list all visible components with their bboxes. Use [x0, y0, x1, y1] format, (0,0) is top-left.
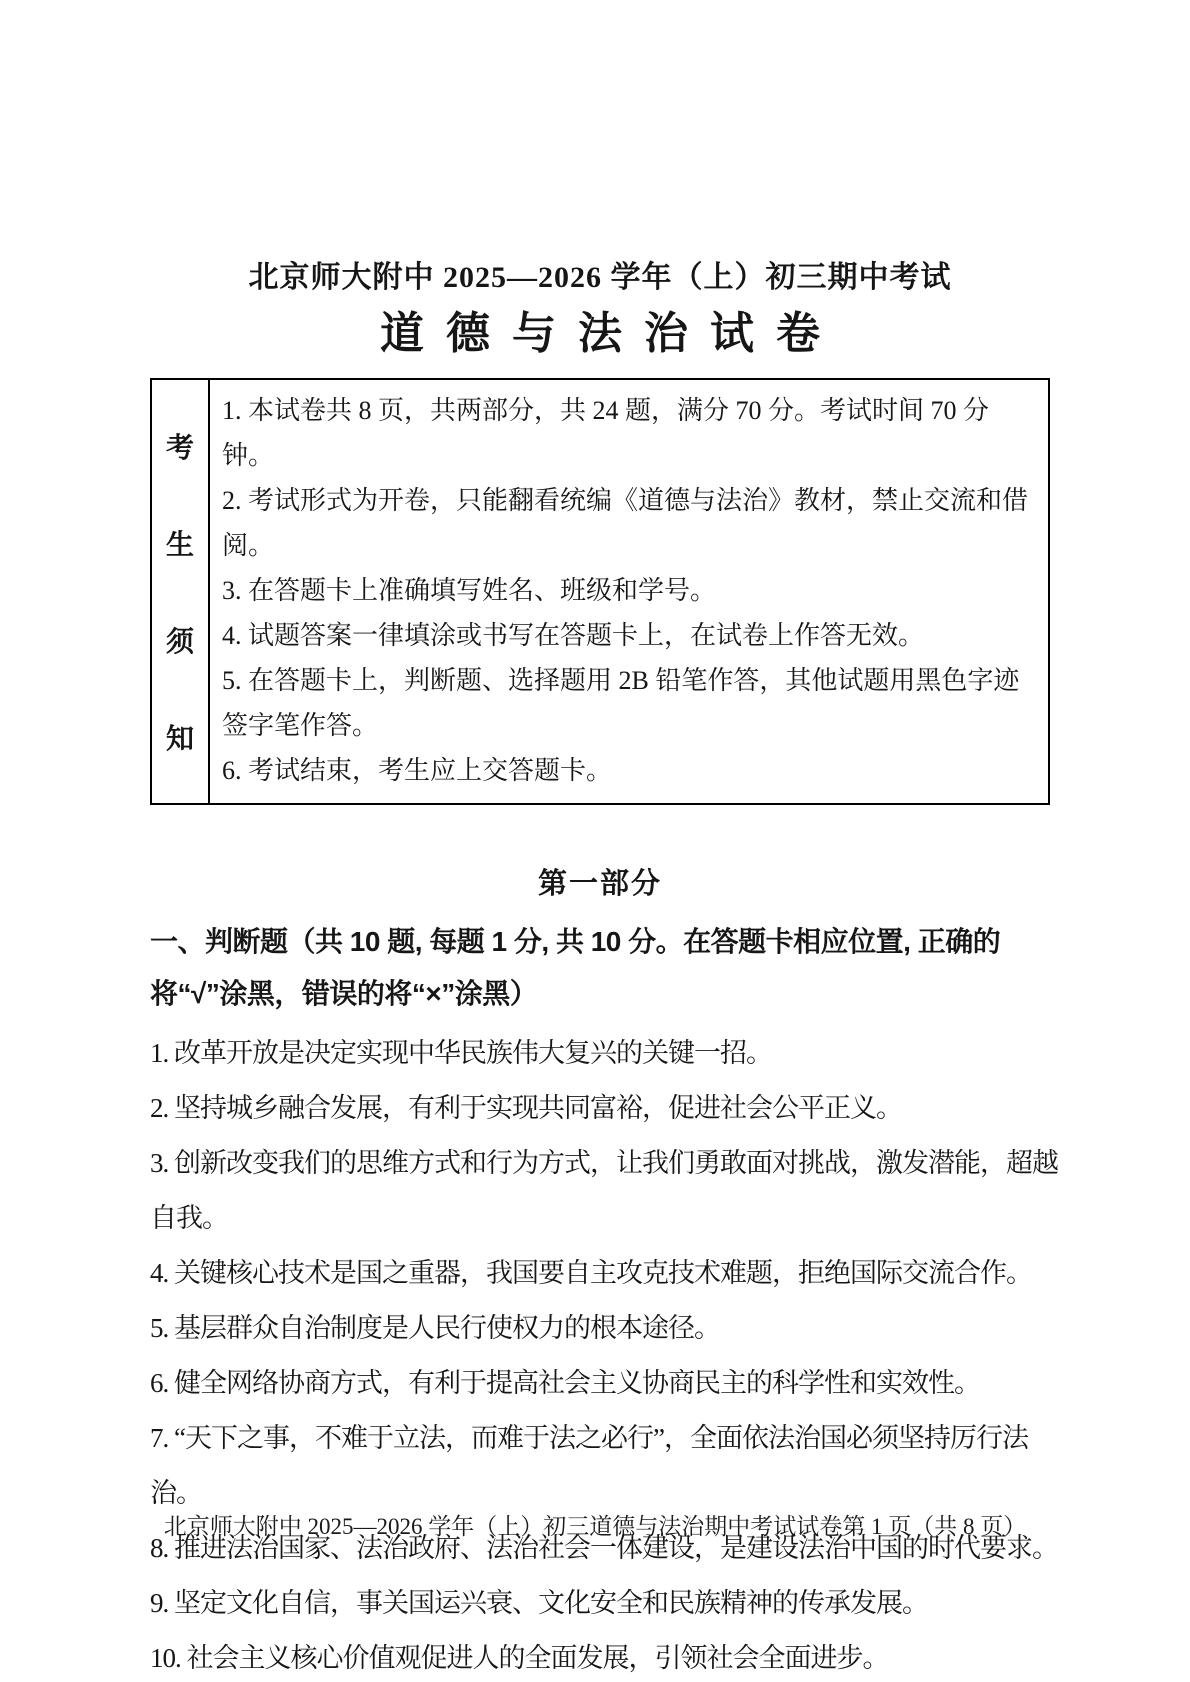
judgment-question-list: 1. 改革开放是决定实现中华民族伟大复兴的关键一招。 2. 坚持城乡融合发展，有… — [150, 1026, 1058, 1682]
exam-page: 北京师大附中 2025—2026 学年（上）初三期中考试 道德与法治试卷 考 生… — [0, 0, 1190, 1682]
notice-side-char: 考 — [166, 426, 194, 466]
notice-side-char: 知 — [166, 717, 194, 757]
notice-item: 3. 在答题卡上准确填写姓名、班级和学号。 — [222, 568, 1040, 613]
part1-heading: 第一部分 — [150, 861, 1050, 902]
exam-header-title: 北京师大附中 2025—2026 学年（上）初三期中考试 — [150, 258, 1050, 298]
question-item-7: 7. “天下之事，不难于立法，而难于法之必行”，全面依法治国必须坚持厉行法治。 — [150, 1411, 1058, 1521]
judgment-section-intro: 一、判断题（共 10 题, 每题 1 分, 共 10 分。在答题卡相应位置, 正… — [150, 916, 1060, 1020]
notice-item: 2. 考试形式为开卷，只能翻看统编《道德与法治》教材，禁止交流和借阅。 — [222, 478, 1040, 568]
notice-side-char: 生 — [166, 523, 194, 563]
question-item-4: 4. 关键核心技术是国之重器，我国要自主攻克技术难题，拒绝国际交流合作。 — [150, 1246, 1058, 1301]
question-item-6: 6. 健全网络协商方式，有利于提高社会主义协商民主的科学性和实效性。 — [150, 1356, 1058, 1411]
notice-content: 1. 本试卷共 8 页，共两部分，共 24 题，满分 70 分。考试时间 70 … — [210, 380, 1048, 803]
question-item-5: 5. 基层群众自治制度是人民行使权力的根本途径。 — [150, 1301, 1058, 1356]
notice-item: 1. 本试卷共 8 页，共两部分，共 24 题，满分 70 分。考试时间 70 … — [222, 388, 1040, 478]
question-item-3: 3. 创新改变我们的思维方式和行为方式，让我们勇敢面对挑战，激发潜能，超越自我。 — [150, 1136, 1058, 1246]
candidate-notice-box: 考 生 须 知 1. 本试卷共 8 页，共两部分，共 24 题，满分 70 分。… — [150, 378, 1050, 805]
exam-subject-title: 道德与法治试卷 — [150, 304, 1050, 364]
notice-side-label: 考 生 须 知 — [152, 380, 210, 803]
notice-item: 6. 考试结束，考生应上交答题卡。 — [222, 748, 1040, 793]
question-item-1: 1. 改革开放是决定实现中华民族伟大复兴的关键一招。 — [150, 1026, 1058, 1081]
notice-item: 4. 试题答案一律填涂或书写在答题卡上，在试卷上作答无效。 — [222, 613, 1040, 658]
notice-side-char: 须 — [166, 620, 194, 660]
notice-item: 5. 在答题卡上，判断题、选择题用 2B 铅笔作答，其他试题用黑色字迹签字笔作答… — [222, 658, 1040, 748]
question-item-2: 2. 坚持城乡融合发展，有利于实现共同富裕，促进社会公平正义。 — [150, 1081, 1058, 1136]
page-footer: 北京师大附中 2025—2026 学年（上）初三道德与法治期中考试试卷第 1 页… — [0, 1508, 1190, 1541]
question-item-9: 9. 坚定文化自信，事关国运兴衰、文化安全和民族精神的传承发展。 — [150, 1576, 1058, 1631]
question-item-10: 10. 社会主义核心价值观促进人的全面发展，引领社会全面进步。 — [150, 1631, 1058, 1682]
